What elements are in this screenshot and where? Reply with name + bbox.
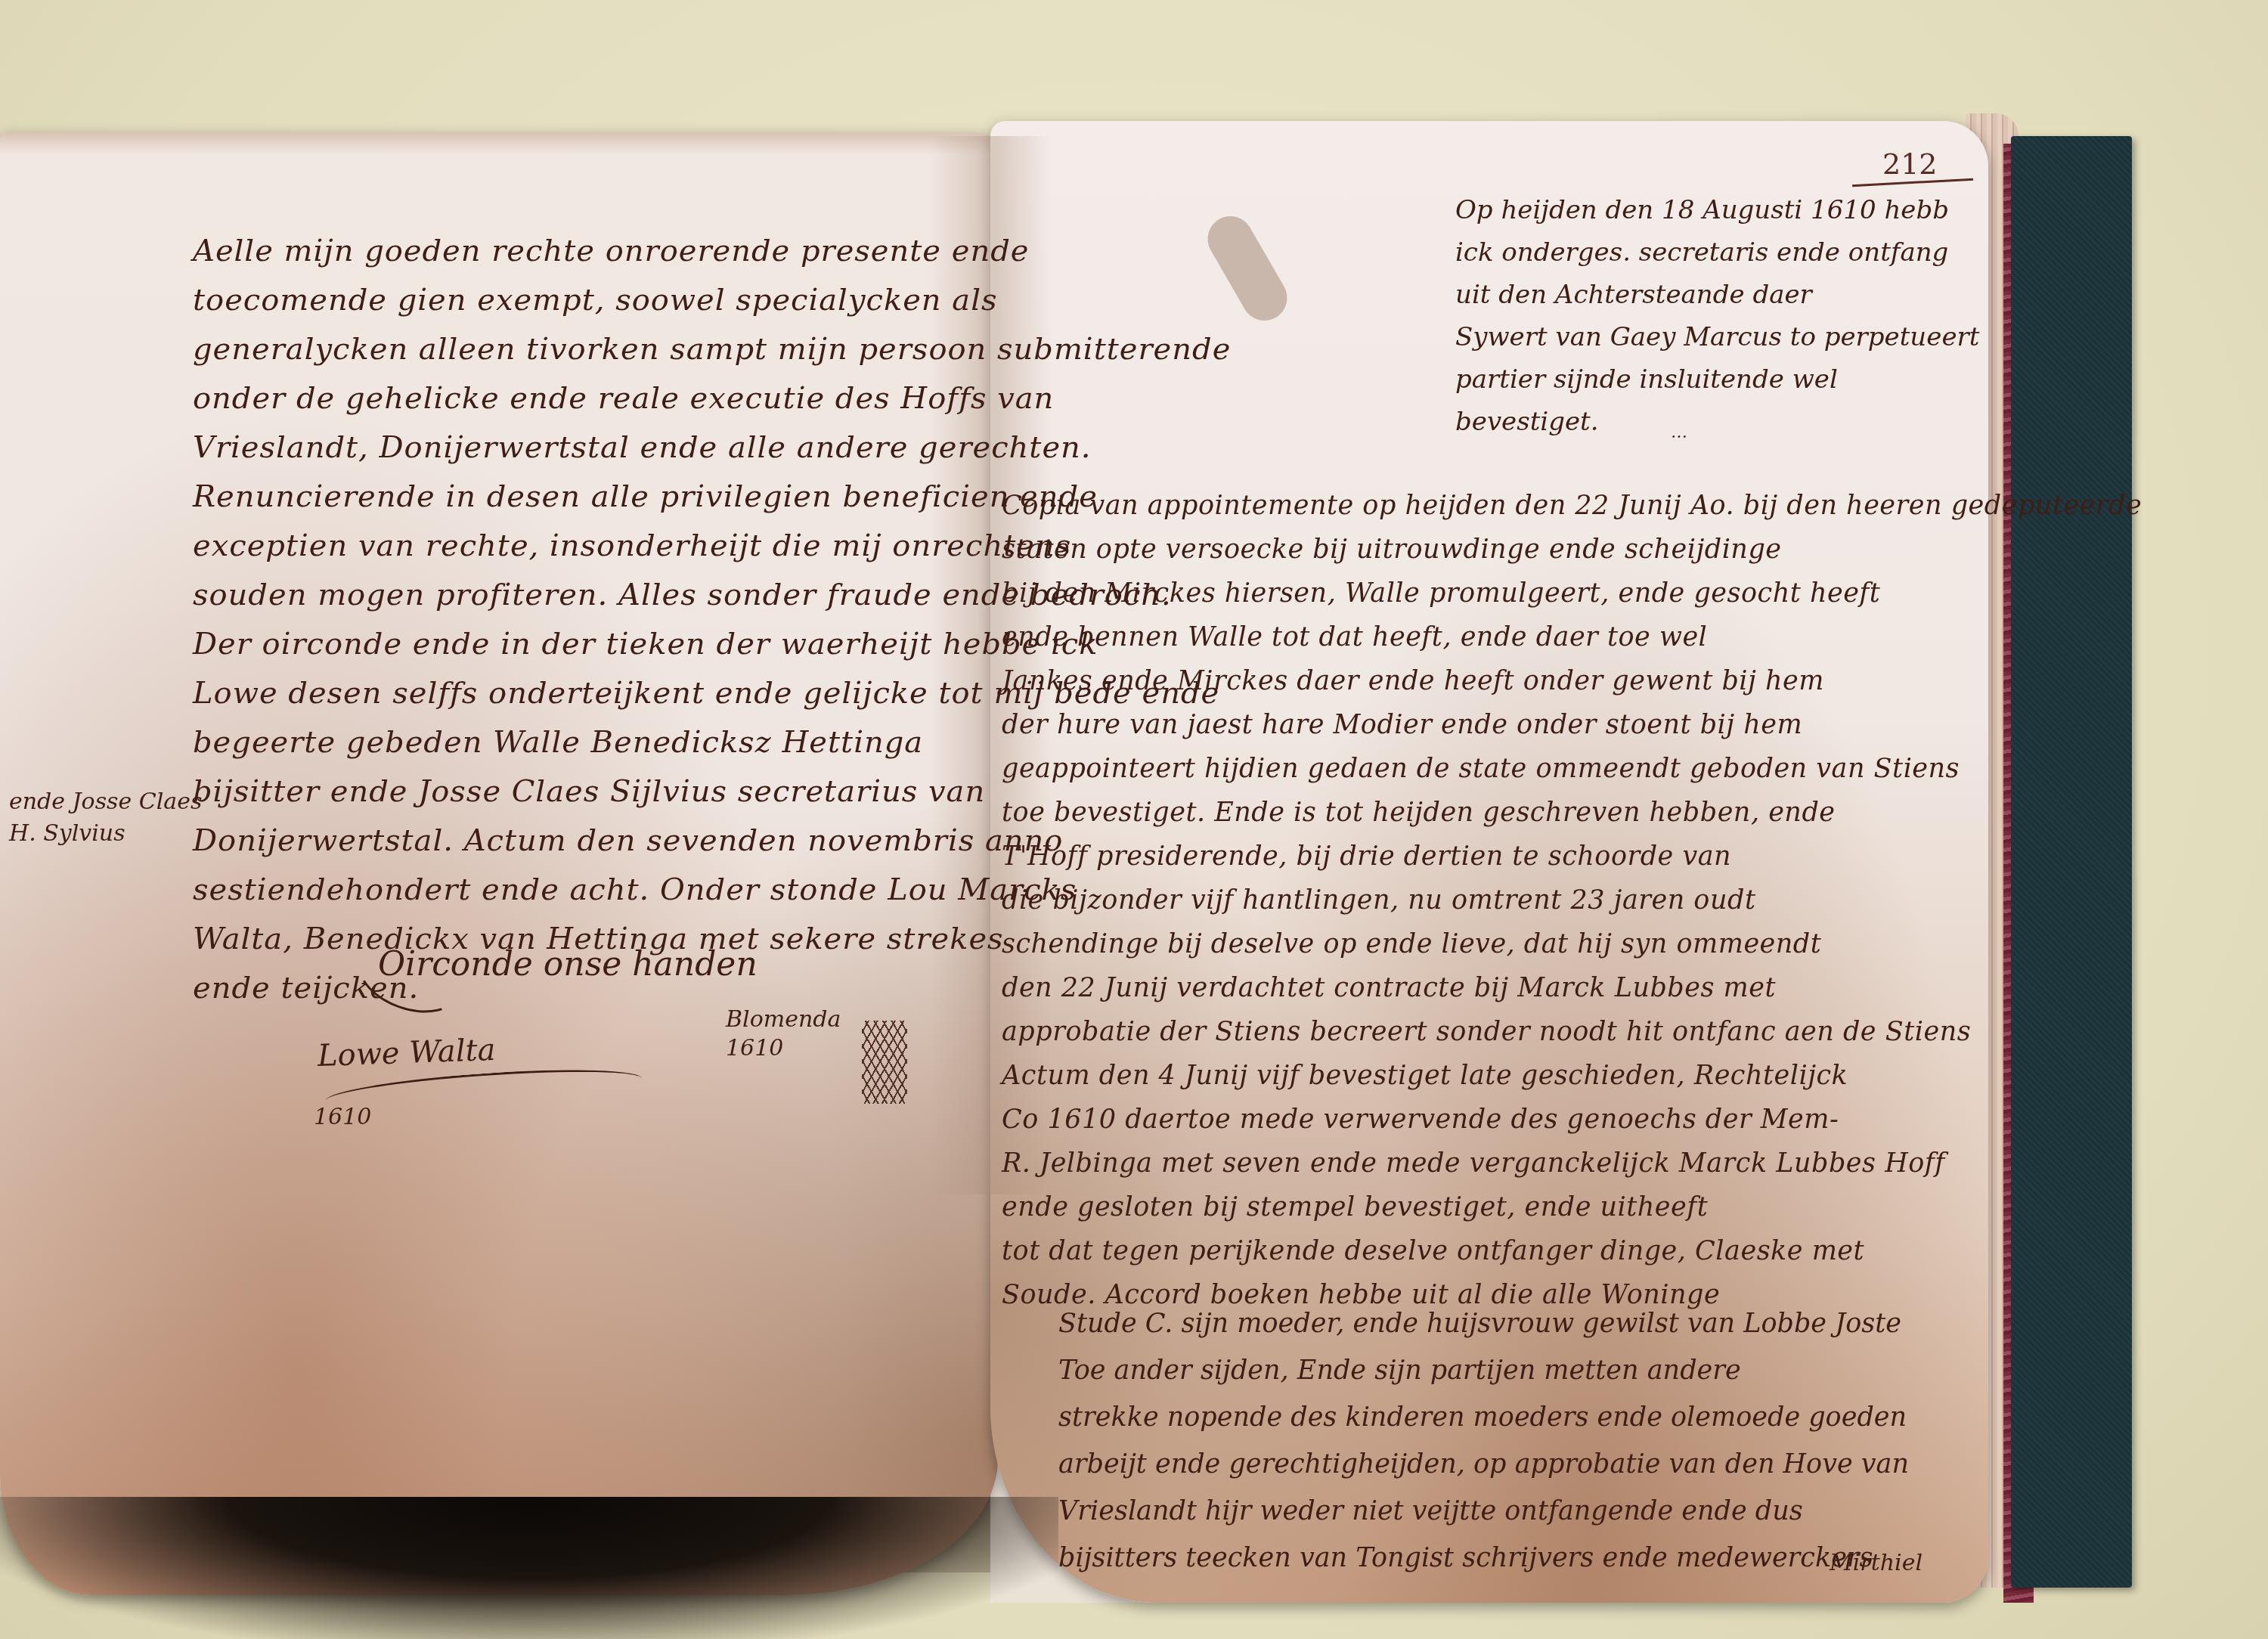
- text-line: tot dat tegen perijkende deselve ontfang…: [1002, 1229, 2142, 1273]
- signature-left: Lowe Walta: [317, 1033, 496, 1074]
- scribe-signature: Mirthiel: [1830, 1550, 1923, 1576]
- text-line: toecomende gien exempt, soowel specialyc…: [193, 276, 1231, 325]
- signature-right: Blomenda 1610: [726, 1005, 841, 1063]
- text-line: ick onderges. secretaris ende ontfang: [1455, 231, 1979, 274]
- text-line: staten opte versoecke bij uitrouwdinge e…: [1002, 528, 2142, 572]
- text-line: die bijzonder vijf hantlingen, nu omtren…: [1002, 878, 2142, 922]
- text-line: toe bevestiget. Ende is tot heijden gesc…: [1002, 791, 2142, 835]
- signature-name: Blomenda: [726, 1005, 841, 1034]
- text-line: R. Jelbinga met seven ende mede verganck…: [1002, 1142, 2142, 1185]
- text-line: der hure van jaest hare Modier ende onde…: [1002, 703, 2142, 747]
- section-mark: …: [1671, 423, 1687, 442]
- margin-note-line: H. Sylvius: [9, 818, 202, 850]
- text-line: Co 1610 daertoe mede verwervende des gen…: [1002, 1098, 2142, 1142]
- text-line: Sywert van Gaey Marcus to perpetueert: [1455, 316, 1979, 358]
- margin-note-line: ende Josse Claes: [9, 786, 202, 818]
- text-line: Stude C. sijn moeder, ende huijsvrouw ge…: [1058, 1300, 1909, 1347]
- text-line: ende gesloten bij stempel bevestiget, en…: [1002, 1185, 2142, 1229]
- text-line: den 22 Junij verdachtet contracte bij Ma…: [1002, 966, 2142, 1010]
- right-bottom-entry: Stude C. sijn moeder, ende huijsvrouw ge…: [1058, 1300, 1909, 1582]
- text-line: Actum den 4 Junij vijf bevestiget late g…: [1002, 1054, 2142, 1098]
- text-line: bijsitters teecken van Tongist schrijver…: [1058, 1535, 1909, 1582]
- text-line: bevestiget.: [1455, 401, 1979, 443]
- right-top-entry: Op heijden den 18 Augusti 1610 hebb ick …: [1455, 189, 1979, 443]
- text-line: Op heijden den 18 Augusti 1610 hebb: [1455, 189, 1979, 231]
- text-line: approbatie der Stiens becreert sonder no…: [1002, 1010, 2142, 1054]
- left-page-edge: [0, 132, 998, 155]
- text-line: bij den Mirckes hiersen, Walle promulgee…: [1002, 572, 2142, 615]
- text-line: uit den Achtersteande daer: [1455, 274, 1979, 316]
- right-main-entry: Copia van appointemente op heijden den 2…: [1002, 484, 2142, 1317]
- text-line: T'Hoff presiderende, bij drie dertien te…: [1002, 835, 2142, 878]
- text-line: Vrieslandt hijr weder niet veijtte ontfa…: [1058, 1488, 1909, 1535]
- text-line: strekke nopende des kinderen moeders end…: [1058, 1394, 1909, 1441]
- text-line: ende bennen Walle tot dat heeft, ende da…: [1002, 615, 2142, 659]
- page-number: 212: [1882, 147, 1938, 181]
- text-line: arbeijt ende gerechtigheijden, op approb…: [1058, 1441, 1909, 1488]
- text-line: partier sijnde insluitende wel: [1455, 358, 1979, 401]
- text-line: Vrieslandt, Donijerwertstal ende alle an…: [193, 423, 1231, 472]
- margin-note: ende Josse Claes H. Sylvius: [9, 786, 202, 850]
- text-line: geappointeert hijdien gedaen de state om…: [1002, 747, 2142, 791]
- text-line: Jankes ende Mirckes daer ende heeft onde…: [1002, 659, 2142, 703]
- signature-date: 1610: [726, 1034, 841, 1063]
- text-line: onder de gehelicke ende reale executie d…: [193, 374, 1231, 423]
- text-line: Toe ander sijden, Ende sijn partijen met…: [1058, 1347, 1909, 1394]
- notarial-mark-icon: [862, 1021, 907, 1104]
- text-line: schendinge bij deselve op ende lieve, da…: [1002, 922, 2142, 966]
- text-line: Copia van appointemente op heijden den 2…: [1002, 484, 2142, 528]
- text-line: Aelle mijn goeden rechte onroerende pres…: [193, 227, 1231, 276]
- bottom-shadow: [0, 1497, 1058, 1639]
- text-line: generalycken alleen tivorken sampt mijn …: [193, 325, 1231, 374]
